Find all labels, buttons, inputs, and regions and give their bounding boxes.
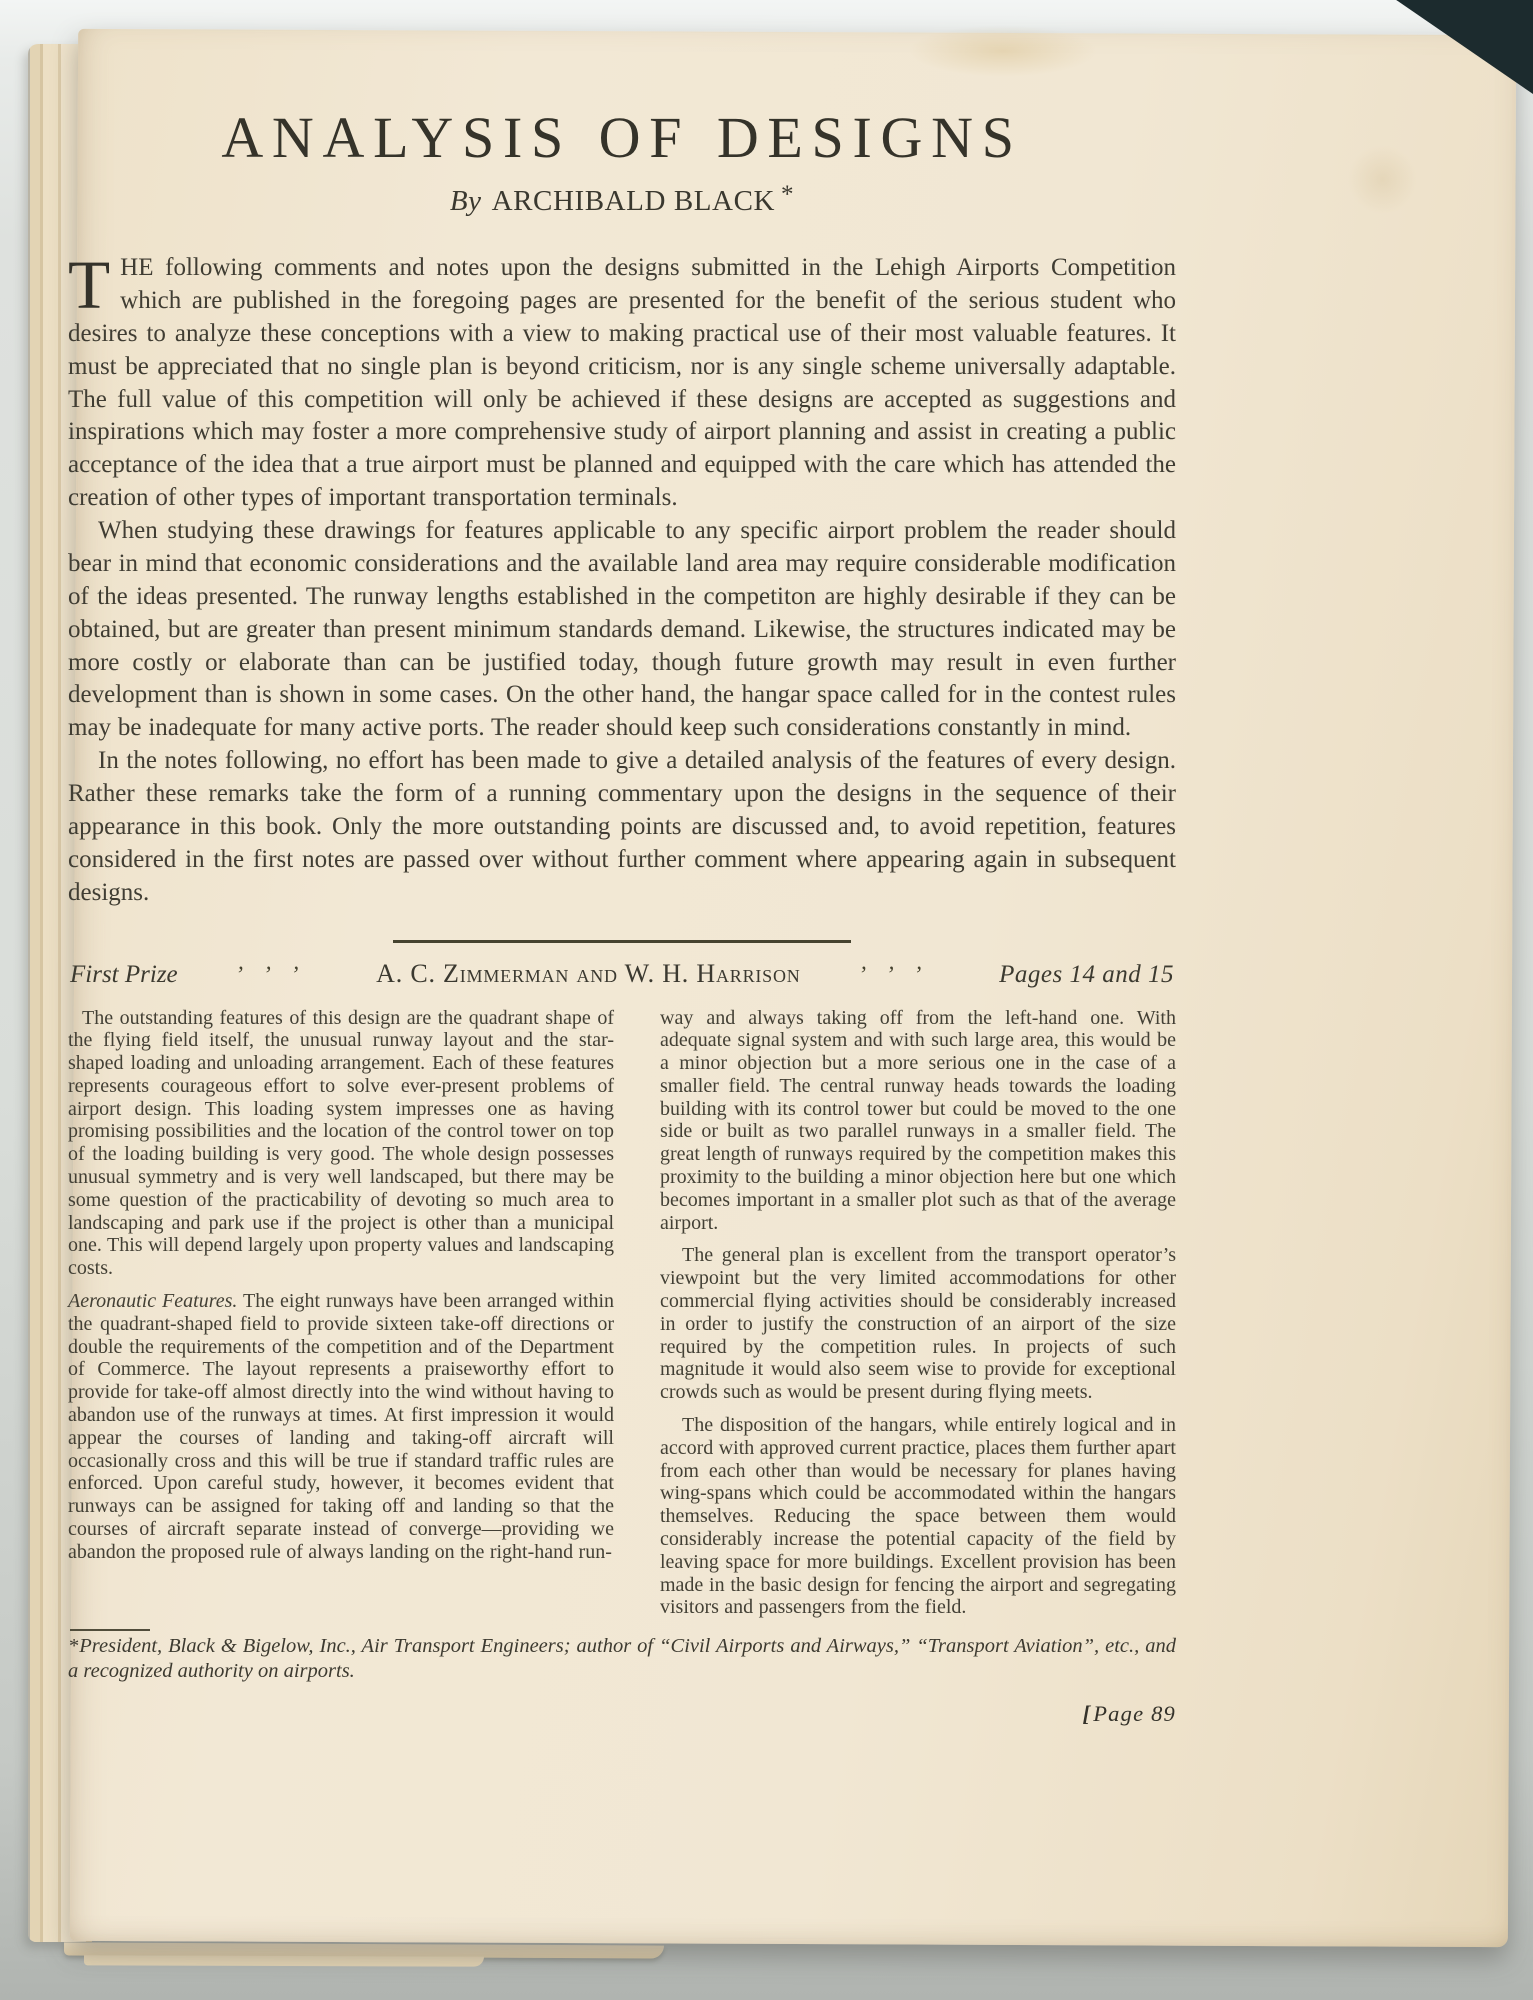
- ornament-marks: ʼʼʼ: [858, 962, 941, 988]
- intro-section: THE following comments and notes upon th…: [68, 252, 1176, 910]
- text-columns: The outstanding features of this design …: [68, 1007, 1176, 1620]
- left-col-paragraph-2: Aeronautic Features. The eight runways h…: [68, 1290, 614, 1564]
- footnote: *President, Black & Bigelow, Inc., Air T…: [68, 1634, 1176, 1683]
- page-number-label: Page 89: [1093, 1701, 1176, 1726]
- photo-backdrop: { "colors":{"paper":"#f0e5d0","ink":"#3e…: [0, 0, 1533, 2000]
- right-col-paragraph-2: The general plan is excellent from the t…: [660, 1244, 1176, 1404]
- paper-stain: [908, 24, 1098, 77]
- paper-stain: [1347, 144, 1417, 214]
- right-column: way and always taking off from the left-…: [660, 1007, 1176, 1620]
- intro-paragraph-1-text: HE following comments and notes upon the…: [68, 254, 1176, 511]
- prize-label: First Prize: [70, 961, 178, 989]
- bottom-page-edge: [84, 1955, 484, 1966]
- footnote-rule: [70, 1629, 150, 1631]
- byline-asterisk: *: [781, 181, 794, 208]
- dropcap-letter: T: [68, 252, 120, 314]
- prize-row: First Prize ʼʼʼ A. C. Zimmerman and W. H…: [70, 959, 1174, 989]
- page-content: ANALYSIS OF DESIGNS ByARCHIBALD BLACK* T…: [68, 104, 1176, 1727]
- intro-paragraph-3: In the notes following, no effort has be…: [68, 745, 1176, 909]
- aeronautic-features-lead: Aeronautic Features.: [68, 1290, 237, 1312]
- prize-pages: Pages 14 and 15: [999, 961, 1174, 989]
- page-number: [Page 89: [68, 1701, 1176, 1727]
- ornament-marks: ʼʼʼ: [235, 962, 318, 988]
- prize-names: A. C. Zimmerman and W. H. Harrison: [376, 959, 800, 989]
- page-title: ANALYSIS OF DESIGNS: [68, 104, 1176, 171]
- footnote-asterisk: *: [68, 1635, 78, 1657]
- page-number-bracket: [: [1083, 1701, 1092, 1726]
- right-col-paragraph-1: way and always taking off from the left-…: [660, 1007, 1176, 1235]
- byline: ByARCHIBALD BLACK*: [68, 185, 1176, 218]
- intro-paragraph-2: When studying these drawings for feature…: [68, 515, 1176, 745]
- section-divider: [393, 940, 851, 943]
- right-col-paragraph-3: The disposition of the hangars, while en…: [660, 1414, 1176, 1619]
- left-col-paragraph-2-text: The eight runways have been arranged wit…: [68, 1290, 614, 1563]
- byline-by: By: [450, 185, 482, 217]
- byline-name: ARCHIBALD BLACK: [492, 185, 775, 217]
- left-col-paragraph-1: The outstanding features of this design …: [68, 1007, 614, 1281]
- left-column: The outstanding features of this design …: [68, 1007, 614, 1620]
- intro-paragraph-1: THE following comments and notes upon th…: [68, 252, 1176, 515]
- footnote-text: President, Black & Bigelow, Inc., Air Tr…: [68, 1635, 1176, 1682]
